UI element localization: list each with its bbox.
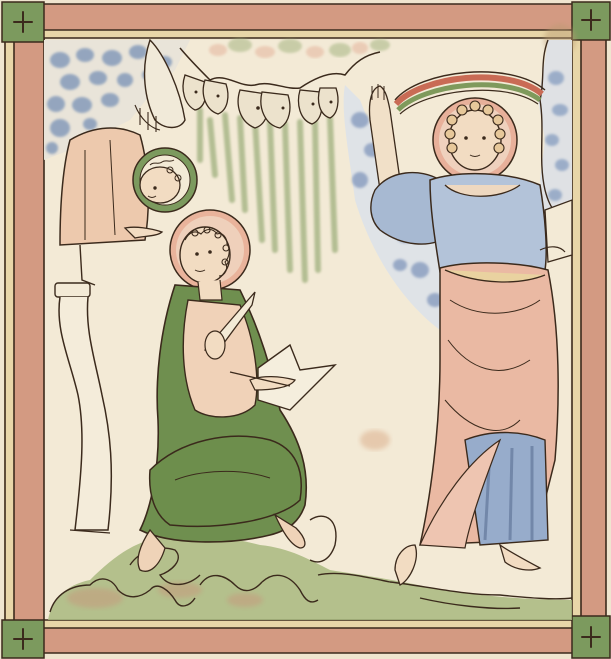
manuscript-illumination xyxy=(0,0,611,659)
illumination-svg xyxy=(0,0,611,659)
stain xyxy=(360,430,390,450)
